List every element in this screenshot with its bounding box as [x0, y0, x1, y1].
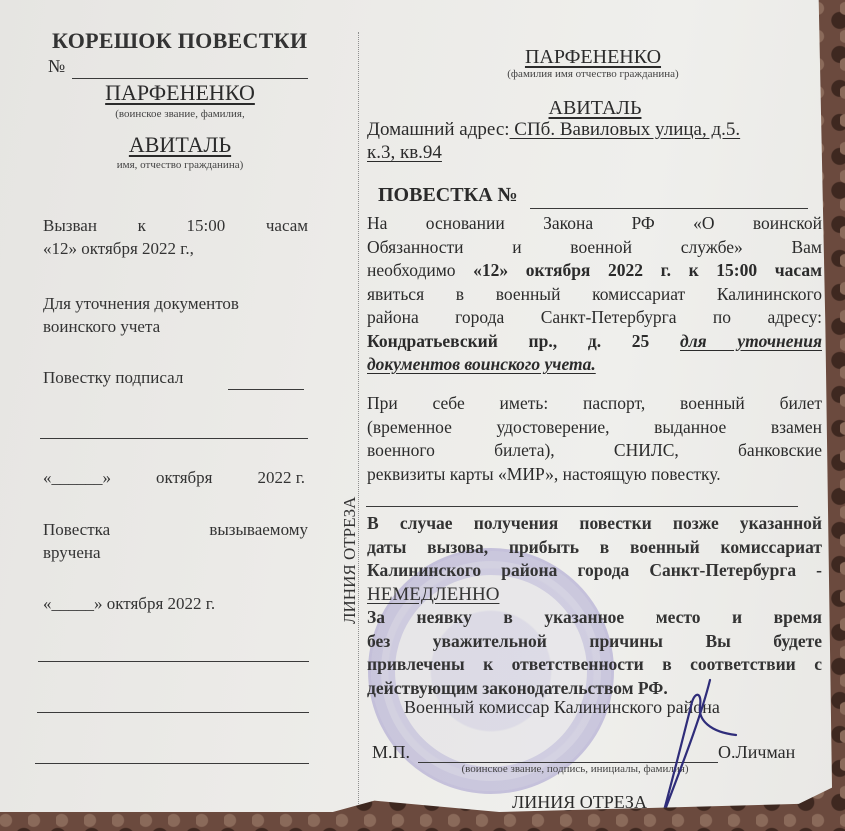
stub-called-time: Вызванк15:00часам «12» октября 2022 г., [43, 214, 308, 260]
signature-caption: (воинское звание, подпись, инициалы, фам… [440, 763, 710, 775]
summons-paragraph-documents: При себе иметь: паспорт, военный билет (… [367, 392, 822, 486]
seal-label: М.П. [372, 742, 410, 763]
stub-last-name-caption: (воинское звание, фамилия, [80, 108, 280, 120]
stub-number-field[interactable] [72, 78, 308, 79]
dotted-cut-line [358, 32, 359, 822]
commissar-title: Военный комиссар Калининского района [404, 697, 720, 718]
stub-signed-by-label: Повестку подписал [43, 366, 183, 389]
summons-title: ПОВЕСТКА № [378, 184, 518, 207]
cut-line-label-vertical: ЛИНИЯ ОТРЕЗА [340, 480, 360, 640]
stub-blank-line-2[interactable] [37, 712, 309, 713]
stub-date-1: «______»октября2022 г. [43, 466, 305, 489]
summons-last-name: ПАРФЕНЕНКО [518, 46, 668, 69]
summons-name-caption: (фамилия имя отчество гражданина) [482, 68, 704, 80]
summons-paragraph-liability: За неявку в указанное место и время без … [367, 606, 822, 700]
summons-paper: КОРЕШОК ПОВЕСТКИ № ПАРФЕНЕНКО (воинское … [0, 0, 832, 812]
summons-first-name: АВИТАЛЬ [540, 97, 650, 120]
stub-number-label: № [48, 56, 65, 77]
stub-purpose: Для уточнения документов воинского учета [43, 292, 313, 338]
stub-first-name: АВИТАЛЬ [100, 132, 260, 158]
stub-blank-line-1[interactable] [38, 661, 309, 662]
summons-home-address: Домашний адрес: СПб. Вавиловых улица, д.… [367, 118, 797, 164]
stub-title: КОРЕШОК ПОВЕСТКИ [52, 28, 307, 54]
stub-signed-by-field[interactable] [228, 389, 304, 390]
summons-paragraph-order: На основании Закона РФ «О воинской Обяза… [367, 212, 822, 377]
summons-separator [366, 506, 798, 507]
stub-date-2: «_____» октября 2022 г. [43, 592, 215, 615]
summons-paragraph-late-receipt: В случае получения повестки позже указан… [367, 512, 822, 606]
signer-name: О.Личман [718, 742, 795, 763]
stub-blank-line-3[interactable] [35, 763, 309, 764]
stub-signature-field[interactable] [40, 438, 308, 439]
summons-number-field[interactable] [530, 208, 808, 209]
stub-first-name-caption: имя, отчество гражданина) [80, 159, 280, 171]
stub-delivered: Повесткавызываемому вручена [43, 518, 308, 564]
stub-last-name: ПАРФЕНЕНКО [100, 80, 260, 106]
